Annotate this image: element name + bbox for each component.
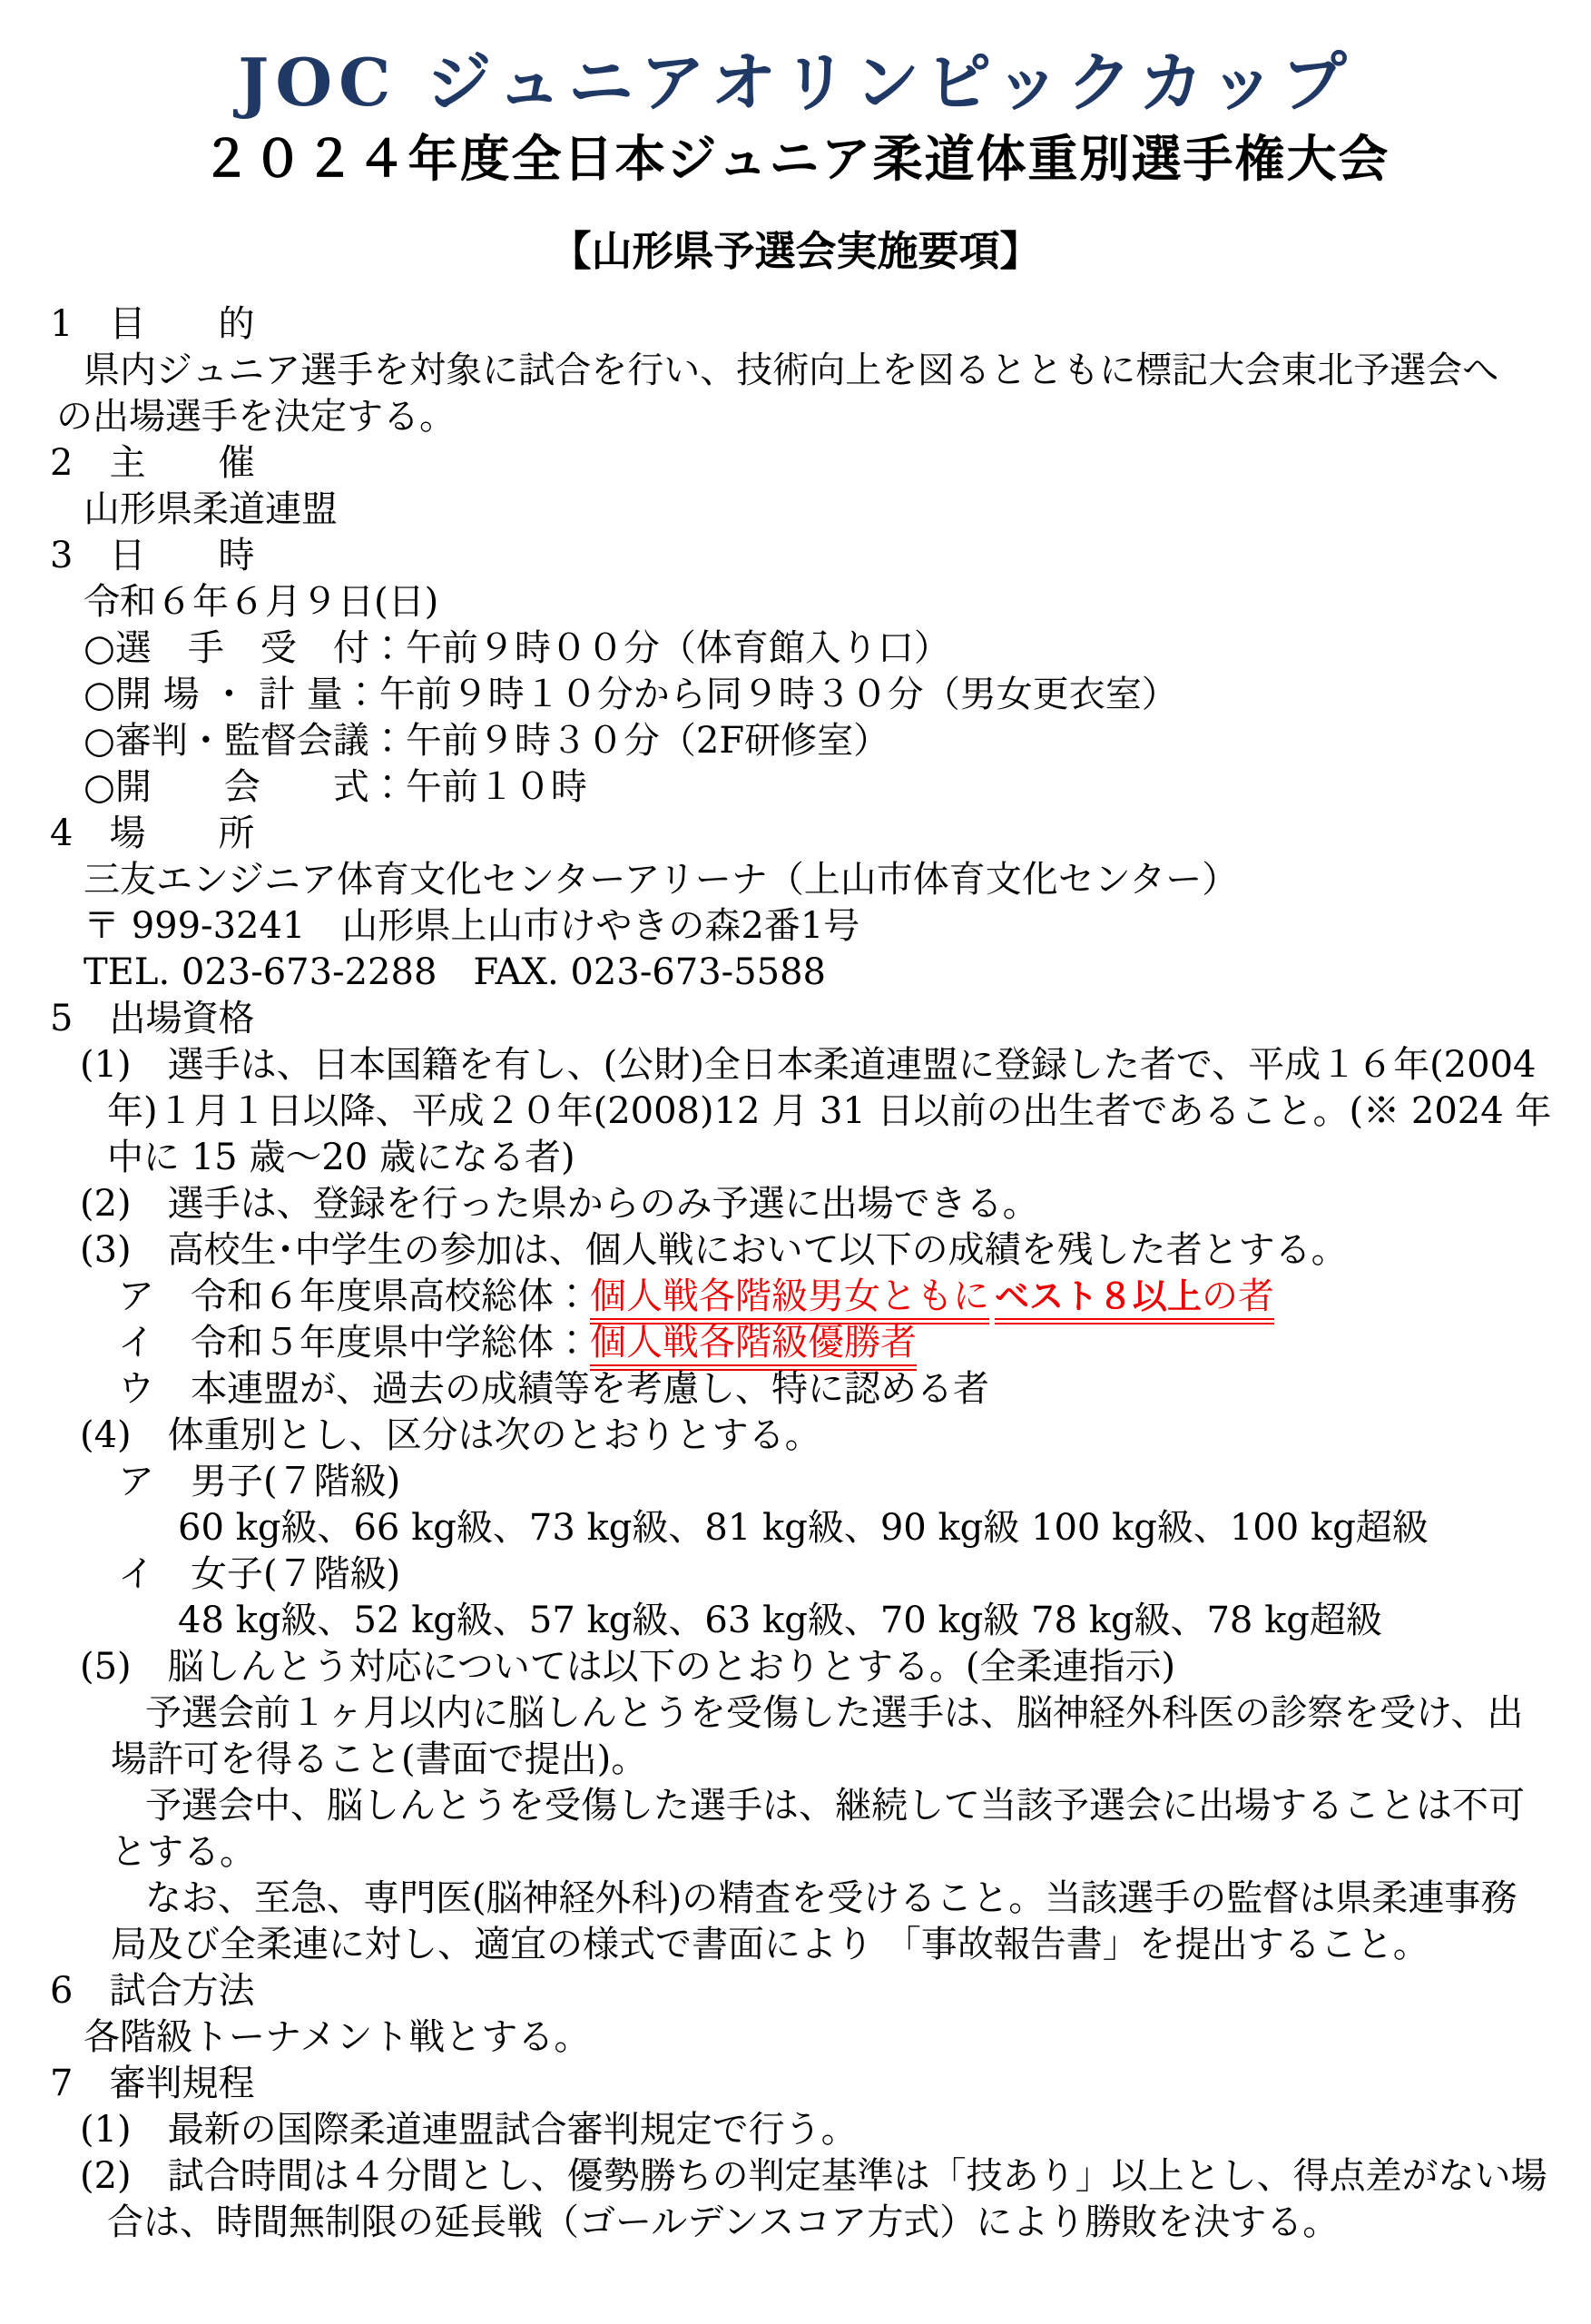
section5-item5: (5) 脳しんとう対応については以下のとおりとする。(全柔連指示) [0, 1644, 1591, 1690]
section5-item3-b-label: イ 令和５年度県中学総体： [118, 1322, 590, 1364]
section1-purpose-line1: 県内ジュニア選手を対象に試合を行い、技術向上を図るとともに標記大会東北予選会へ [0, 348, 1591, 394]
section5-item3-a: ア 令和６年度県高校総体：個人戦各階級男女ともにベスト８以上の者 [0, 1274, 1591, 1320]
section6-heading: 6 試合方法 [0, 1968, 1591, 2014]
section3-event-date: 令和６年６月９日(日) [0, 579, 1591, 625]
section5-item4-women-weight-classes: 48 kg級、52 kg級、57 kg級、63 kg級、70 kg級 78 kg… [0, 1598, 1591, 1644]
section7-item1: (1) 最新の国際柔道連盟試合審判規定で行う。 [0, 2107, 1591, 2153]
section5-item3: (3) 高校生･中学生の参加は、個人戦において以下の成績を残した者とする。 [0, 1227, 1591, 1274]
section5-item3-b: イ 令和５年度県中学総体：個人戦各階級優勝者 [0, 1320, 1591, 1366]
section5-item5-para2-line1: 予選会中、脳しんとうを受傷した選手は、継続して当該予選会に出場することは不可 [0, 1783, 1591, 1829]
section5-item3-a-requirement-part1: 個人戦各階級男女ともに [590, 1275, 989, 1324]
section5-item3-b-requirement: 個人戦各階級優勝者 [590, 1322, 917, 1371]
section5-item4: (4) 体重別とし、区分は次のとおりとする。 [0, 1413, 1591, 1459]
section5-heading: 5 出場資格 [0, 996, 1591, 1042]
section5-item1-line1: (1) 選手は、日本国籍を有し、(公財)全日本柔道連盟に登録した者で、平成１６年… [0, 1042, 1591, 1088]
section5-item3-a-requirement-part2: ベスト８以上の者 [995, 1275, 1274, 1324]
section3-reception-time: ○選 手 受 付：午前９時００分（体育館入り口） [0, 625, 1591, 672]
section3-opening-ceremony-time: ○開 会 式：午前１０時 [0, 764, 1591, 811]
section5-item3-c: ウ 本連盟が、過去の成績等を考慮し、特に認める者 [0, 1366, 1591, 1413]
section6-match-format: 各階級トーナメント戦とする。 [0, 2014, 1591, 2061]
section5-item4-men-weight-classes: 60 kg級、66 kg級、73 kg級、81 kg級、90 kg級 100 k… [0, 1505, 1591, 1551]
section1-heading: 1 目 的 [0, 301, 1591, 348]
section5-item4-men: ア 男子(７階級) [0, 1459, 1591, 1505]
section5-item2: (2) 選手は、登録を行った県からのみ予選に出場できる。 [0, 1181, 1591, 1227]
document-body: 1 目 的 県内ジュニア選手を対象に試合を行い、技術向上を図るとともに標記大会東… [0, 276, 1591, 2246]
section5-item5-para3-line1: なお、至急、専門医(脳神経外科)の精査を受けること。当該選手の監督は県柔連事務 [0, 1876, 1591, 1922]
section3-heading: 3 日 時 [0, 533, 1591, 579]
main-title: JOC ジュニアオリンピックカップ [0, 0, 1591, 123]
section3-weigh-in-time: ○開 場 ・ 計 量：午前９時１０分から同９時３０分（男女更衣室） [0, 672, 1591, 718]
section5-item5-para1-line2: 場許可を得ること(書面で提出)。 [0, 1737, 1591, 1783]
section5-item3-a-requirement-tail: の者 [1202, 1275, 1274, 1317]
section5-item3-a-label: ア 令和６年度県高校総体： [118, 1275, 590, 1317]
section5-item1-line3: 中に 15 歳〜20 歳になる者) [0, 1135, 1591, 1181]
section7-item2-line2: 合は、時間無制限の延長戦（ゴールデンスコア方式）により勝敗を決する。 [0, 2200, 1591, 2246]
tournament-subtitle: ２０２４年度全日本ジュニア柔道体重別選手権大会 [0, 123, 1591, 189]
section4-venue-tel-fax: TEL. 023-673-2288 FAX. 023-673-5588 [0, 950, 1591, 996]
section5-item4-women: イ 女子(７階級) [0, 1551, 1591, 1598]
section1-purpose-line2: の出場選手を決定する。 [0, 394, 1591, 440]
section5-item1-line2: 年)１月１日以降、平成２０年(2008)12 月 31 日以前の出生者であること… [0, 1088, 1591, 1135]
section4-venue-address: 〒 999-3241 山形県上山市けやきの森2番1号 [0, 903, 1591, 950]
section3-referee-meeting-time: ○審判・監督会議：午前９時３０分（2F研修室） [0, 718, 1591, 764]
section5-item5-para1-line1: 予選会前１ヶ月以内に脳しんとうを受傷した選手は、脳神経外科医の診察を受け、出 [0, 1690, 1591, 1737]
section5-item5-para2-line2: とする。 [0, 1829, 1591, 1876]
section4-venue-name: 三友エンジニア体育文化センターアリーナ（上山市体育文化センター） [0, 857, 1591, 903]
section7-heading: 7 審判規程 [0, 2061, 1591, 2107]
section5-item5-para3-line2: 局及び全柔連に対し、適宜の様式で書面により 「事故報告書」を提出すること。 [0, 1922, 1591, 1968]
section7-item2-line1: (2) 試合時間は４分間とし、優勢勝ちの判定基準は「技あり」以上とし、得点差がな… [0, 2153, 1591, 2200]
section2-heading: 2 主 催 [0, 440, 1591, 487]
guidelines-title: 【山形県予選会実施要項】 [0, 189, 1591, 276]
section4-heading: 4 場 所 [0, 811, 1591, 857]
document-page: JOC ジュニアオリンピックカップ ２０２４年度全日本ジュニア柔道体重別選手権大… [0, 0, 1591, 2324]
section5-item3-a-best8-bold: ベスト８以上 [995, 1276, 1202, 1316]
section2-organizer: 山形県柔道連盟 [0, 487, 1591, 533]
